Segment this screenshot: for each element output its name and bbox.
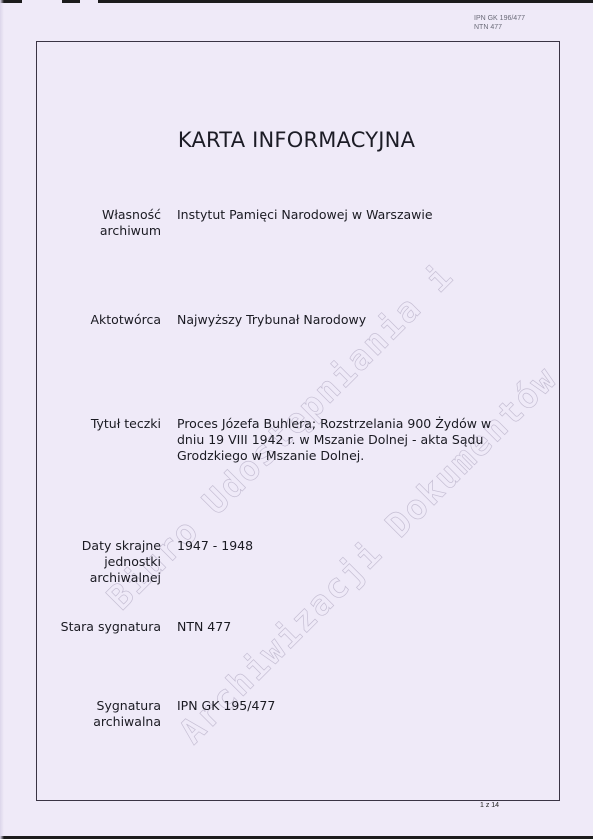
reference-line-2: NTN 477: [474, 23, 525, 32]
document-reference: IPN GK 196/477 NTN 477: [474, 14, 525, 32]
field-value: Instytut Pamięci Narodowej w Warszawie: [177, 207, 522, 223]
field-label: Stara sygnatura: [31, 619, 161, 635]
page-number: 1 z 14: [480, 802, 499, 809]
field-label: Tytuł teczki: [31, 416, 161, 432]
field-value: Najwyższy Trybunał Narodowy: [177, 312, 522, 328]
scan-edge-top: [0, 0, 593, 3]
page-title: KARTA INFORMACYJNA: [0, 128, 593, 152]
field-label: Własność archiwum: [31, 207, 161, 239]
field-value: 1947 - 1948: [177, 538, 522, 554]
field-label: Daty skrajne jednostki archiwalnej: [31, 538, 161, 586]
field-value: Proces Józefa Buhlera; Rozstrzelania 900…: [177, 416, 522, 464]
field-label: Aktotwórca: [31, 312, 161, 328]
field-value: IPN GK 195/477: [177, 698, 522, 714]
scan-shadow: [0, 0, 4, 839]
field-value: NTN 477: [177, 619, 522, 635]
reference-line-1: IPN GK 196/477: [474, 14, 525, 23]
field-label: Sygnatura archiwalna: [31, 698, 161, 730]
